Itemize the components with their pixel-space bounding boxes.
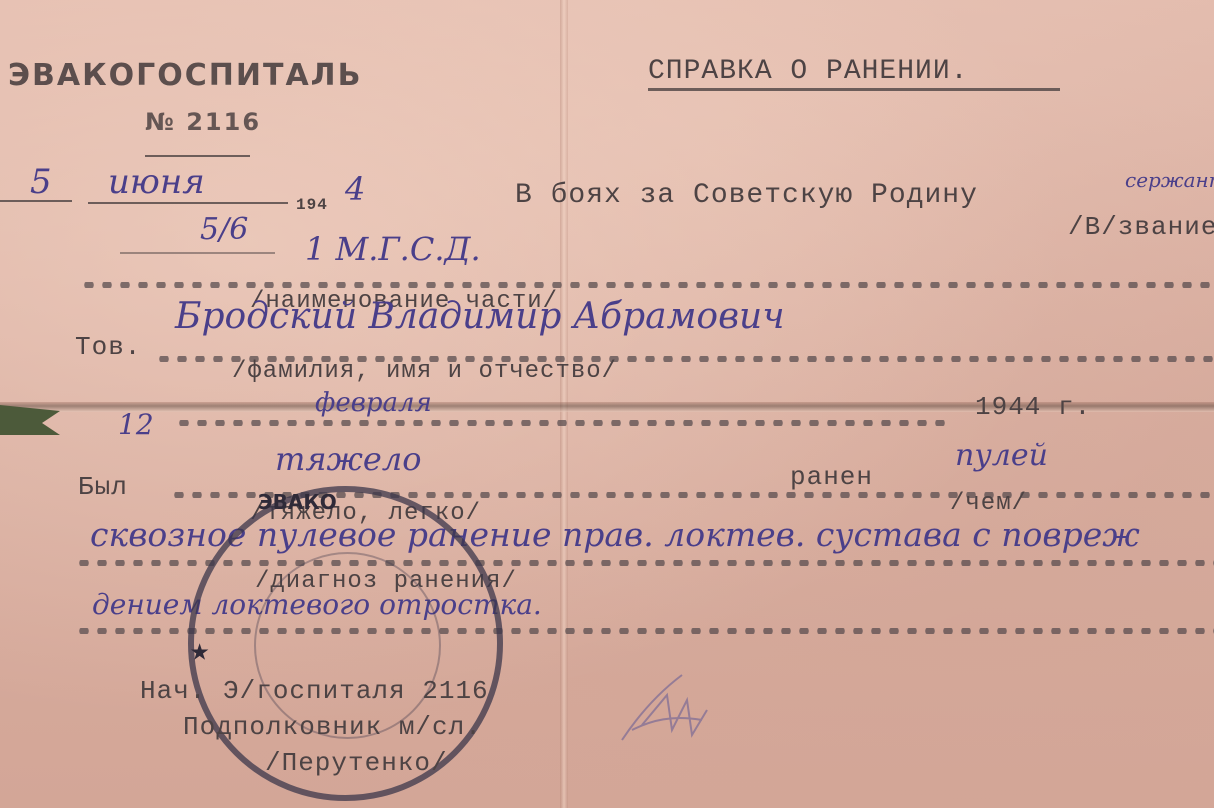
title-underline <box>648 88 1060 91</box>
day-underline <box>0 200 72 202</box>
document-title: СПРАВКА О РАНЕНИИ. <box>648 56 968 87</box>
signature-name: /Перутенко/ <box>265 748 448 778</box>
comrade-label: Тов. <box>75 332 141 362</box>
date-month: июня <box>108 162 205 202</box>
wound-cause: пулей <box>955 438 1048 473</box>
signature-title: Нач. Э/госпиталя 2116 <box>140 676 489 706</box>
date-year-prefix: 194 <box>296 196 328 214</box>
date-dotted-line <box>175 420 945 426</box>
wound-month: февраля <box>315 388 432 418</box>
seal-text: ЭВАКО <box>258 490 337 514</box>
month-underline <box>88 202 288 204</box>
handwritten-signature <box>612 670 722 750</box>
date-year-suffix: 4 <box>345 170 365 208</box>
reference-number: 5/6 <box>200 212 248 247</box>
hospital-number: № 2116 <box>145 108 261 136</box>
wound-year: 1944 г. <box>975 392 1091 422</box>
header-divider <box>145 155 250 157</box>
rank-handwritten: сержант <box>1125 168 1214 192</box>
hospital-header: ЭВАКОГОСПИТАЛЬ <box>8 58 362 93</box>
wounded-label: ранен <box>790 462 873 492</box>
intro-text: В боях за Советскую Родину <box>515 180 978 211</box>
signature-rank: Подполковник м/сл. <box>183 712 482 742</box>
unit-handwritten: 1 М.Г.С.Д. <box>305 230 481 268</box>
full-name: Бродский Владимир Абрамович <box>175 296 785 337</box>
seal-inner-ring <box>254 552 441 739</box>
wound-day: 12 <box>118 408 154 441</box>
was-label: Был <box>78 472 128 502</box>
cause-label: /чем/ <box>950 490 1027 517</box>
rank-label: /В/звание/ <box>1068 212 1214 242</box>
reference-underline <box>120 252 275 254</box>
seal-star-icon: ★ <box>190 630 209 668</box>
full-name-label: /фамилия, имя и отчество/ <box>232 358 617 385</box>
date-day: 5 <box>30 162 52 202</box>
severity: тяжело <box>275 440 421 478</box>
